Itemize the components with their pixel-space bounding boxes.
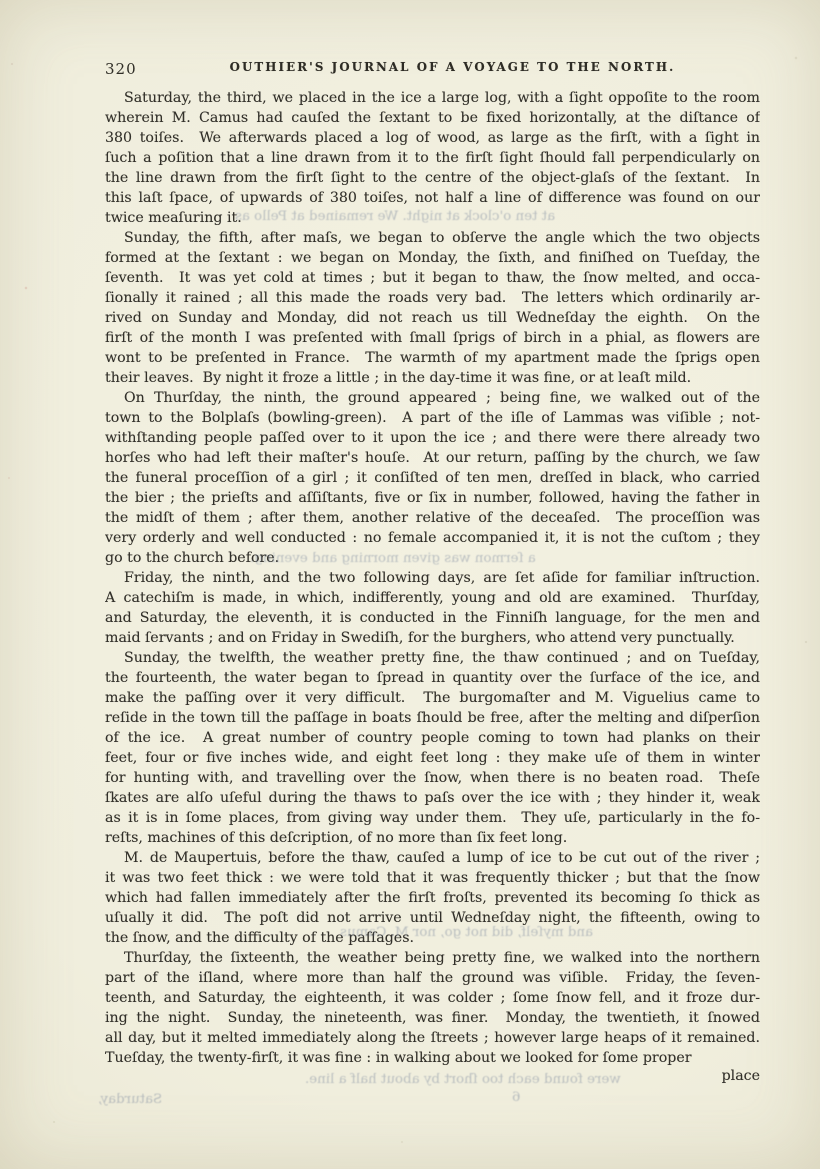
page-number: 320 bbox=[105, 60, 137, 78]
text-line: part of the iſland, where more than half… bbox=[105, 968, 760, 988]
paragraph: On Thurſday, the ninth, the ground appea… bbox=[105, 388, 760, 568]
text-line: firſt of the month I was preſented with … bbox=[105, 328, 760, 348]
text-line: town to the Bolplaſs (bowling-green). A … bbox=[105, 408, 760, 428]
text-line: Tueſday, the twenty-firſt, it was fine :… bbox=[105, 1048, 760, 1068]
page-header: 320 OUTHIER'S JOURNAL OF A VOYAGE TO THE… bbox=[105, 60, 760, 82]
text-line: formed at the ſextant : we began on Mond… bbox=[105, 248, 760, 268]
page-body: Saturday, the third, we placed in the ic… bbox=[105, 88, 760, 1068]
text-line: make the paſſing over it very difficult.… bbox=[105, 688, 760, 708]
text-line: this laſt ſpace, of upwards of 380 toiſe… bbox=[105, 188, 760, 208]
text-line: very orderly and well conducted : no fem… bbox=[105, 528, 760, 548]
text-line: uſually it did. The poſt did not arrive … bbox=[105, 908, 760, 928]
text-line: Sunday, the twelfth, the weather pretty … bbox=[105, 648, 760, 668]
text-line: which had fallen immediately after the f… bbox=[105, 888, 760, 908]
text-line: the line drawn from the firſt ſight to t… bbox=[105, 168, 760, 188]
text-line: go to the church before. bbox=[105, 548, 760, 568]
paragraph: M. de Maupertuis, before the thaw, cauſe… bbox=[105, 848, 760, 948]
text-line: it was two feet thick : we were told tha… bbox=[105, 868, 760, 888]
text-line: Friday, the ninth, and the two following… bbox=[105, 568, 760, 588]
text-line: ſkates are alſo uſeful during the thaws … bbox=[105, 788, 760, 808]
text-line: On Thurſday, the ninth, the ground appea… bbox=[105, 388, 760, 408]
text-line: the bier ; the prieſts and aſſiſtants, f… bbox=[105, 488, 760, 508]
text-line: of the ice. A great number of country pe… bbox=[105, 728, 760, 748]
text-line: all day, but it melted immediately along… bbox=[105, 1028, 760, 1048]
text-line: Sunday, the fifth, after maſs, we began … bbox=[105, 228, 760, 248]
paragraph: Sunday, the fifth, after maſs, we began … bbox=[105, 228, 760, 388]
text-line: ing the night. Sunday, the nineteenth, w… bbox=[105, 1008, 760, 1028]
text-line: twice meaſuring it. bbox=[105, 208, 760, 228]
bleedthrough-text: 6 bbox=[512, 1090, 521, 1106]
text-line: the fourteenth, the water began to ſprea… bbox=[105, 668, 760, 688]
text-line: maid ſervants ; and on Friday in Swediſh… bbox=[105, 628, 760, 648]
text-line: the funeral proceſſion of a girl ; it co… bbox=[105, 468, 760, 488]
text-line: reſide in the town till the paſſage in b… bbox=[105, 708, 760, 728]
text-line: horſes who had left their maſter's houſe… bbox=[105, 448, 760, 468]
text-line: wont to be preſented in France. The warm… bbox=[105, 348, 760, 368]
paragraph: Thurſday, the ſixteenth, the weather bei… bbox=[105, 948, 760, 1068]
text-line: ſionally it rained ; all this made the r… bbox=[105, 288, 760, 308]
book-page: 320 OUTHIER'S JOURNAL OF A VOYAGE TO THE… bbox=[0, 0, 820, 1169]
bleedthrough-text: Saturday, bbox=[98, 1092, 162, 1108]
paragraph: Friday, the ninth, and the two following… bbox=[105, 568, 760, 648]
text-line: A catechiſm is made, in which, indiffere… bbox=[105, 588, 760, 608]
paragraph: Saturday, the third, we placed in the ic… bbox=[105, 88, 760, 228]
text-line: ſuch a poſition that a line drawn from i… bbox=[105, 148, 760, 168]
text-line: rived on Sunday and Monday, did not reac… bbox=[105, 308, 760, 328]
text-line: the midſt of them ; after them, another … bbox=[105, 508, 760, 528]
text-line: wherein M. Camus had cauſed the ſextant … bbox=[105, 108, 760, 128]
text-line: and Saturday, the eleventh, it is conduc… bbox=[105, 608, 760, 628]
text-line: ſeventh. It was yet cold at times ; but … bbox=[105, 268, 760, 288]
text-line: teenth, and Saturday, the eighteenth, it… bbox=[105, 988, 760, 1008]
running-title: OUTHIER'S JOURNAL OF A VOYAGE TO THE NOR… bbox=[105, 60, 760, 74]
text-line: reſts, machines of this deſcription, of … bbox=[105, 828, 760, 848]
text-line: M. de Maupertuis, before the thaw, cauſe… bbox=[105, 848, 760, 868]
text-line: the ſnow, and the difficulty of the paſſ… bbox=[105, 928, 760, 948]
catchword-row: place bbox=[105, 1066, 760, 1086]
text-line: Saturday, the third, we placed in the ic… bbox=[105, 88, 760, 108]
paragraph: Sunday, the twelfth, the weather pretty … bbox=[105, 648, 760, 848]
text-line: their leaves. By night it froze a little… bbox=[105, 368, 760, 388]
text-line: Thurſday, the ſixteenth, the weather bei… bbox=[105, 948, 760, 968]
text-line: as it is in ſome places, from giving way… bbox=[105, 808, 760, 828]
text-line: withſtanding people paſſed over to it up… bbox=[105, 428, 760, 448]
catchword: place bbox=[722, 1068, 760, 1084]
text-line: 380 toiſes. We afterwards placed a log o… bbox=[105, 128, 760, 148]
text-line: for hunting with, and travelling over th… bbox=[105, 768, 760, 788]
text-line: feet, four or five inches wide, and eigh… bbox=[105, 748, 760, 768]
